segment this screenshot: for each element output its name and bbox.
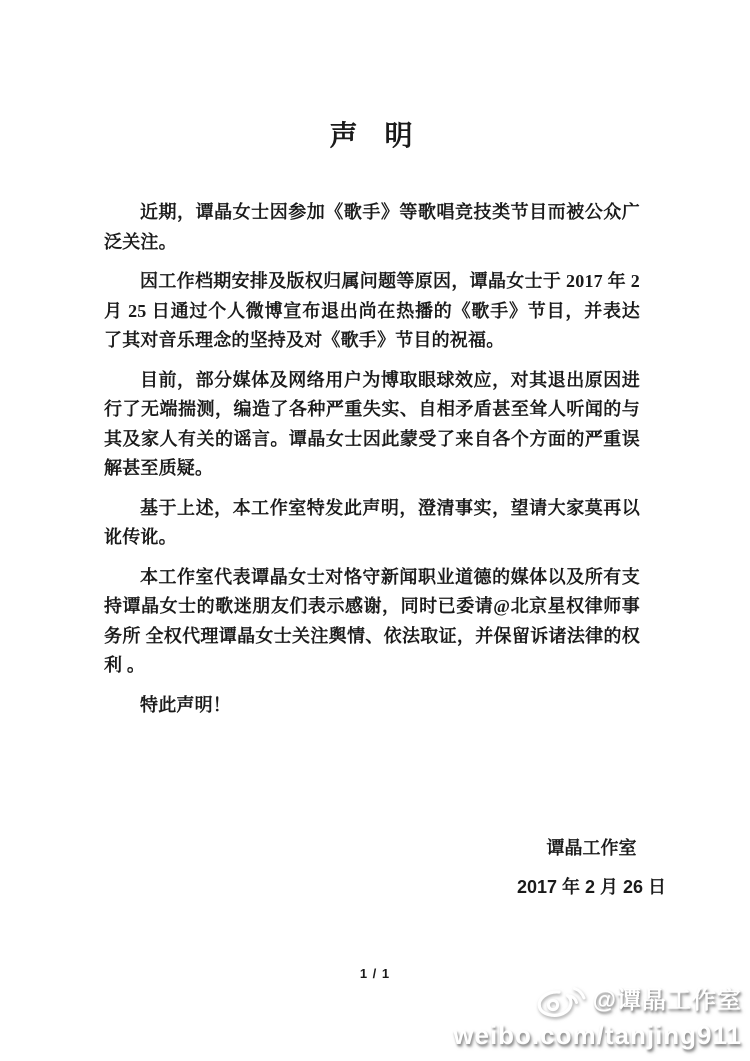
watermark-row: @谭晶工作室 <box>453 983 742 1019</box>
signature-name: 谭晶工作室 <box>484 834 699 864</box>
document-body: 声 明 近期，谭晶女士因参加《歌手》等歌唱竞技类节目而被公众广泛关注。 因工作档… <box>0 0 750 902</box>
paragraph-3: 目前，部分媒体及网络用户为博取眼球效应，对其退出原因进行了无端揣测，编造了各种严… <box>104 366 640 484</box>
watermark-url: weibo.com/tanjing911 <box>453 1020 742 1050</box>
paragraph-5: 本工作室代表谭晶女士对恪守新闻职业道德的媒体以及所有支持谭晶女士的歌迷朋友们表示… <box>104 563 640 681</box>
watermark-account-handle: @谭晶工作室 <box>593 986 742 1016</box>
paragraph-4: 基于上述，本工作室特发此声明，澄清事实，望请大家莫再以讹传讹。 <box>104 494 640 553</box>
page-number: 1 / 1 <box>0 966 750 981</box>
weibo-watermark: @谭晶工作室 weibo.com/tanjing911 <box>453 983 742 1050</box>
closing-statement: 特此声明！ <box>104 691 640 721</box>
paragraph-2: 因工作档期安排及版权归属问题等原因，谭晶女士于 2017 年 2 月 25 日通… <box>104 267 640 356</box>
weibo-eye-icon <box>533 983 587 1019</box>
document-title: 声 明 <box>104 118 640 156</box>
document-page: 声 明 近期，谭晶女士因参加《歌手》等歌唱竞技类节目而被公众广泛关注。 因工作档… <box>0 0 750 1061</box>
paragraph-1: 近期，谭晶女士因参加《歌手》等歌唱竞技类节目而被公众广泛关注。 <box>104 198 640 257</box>
signature-date: 2017 年 2 月 26 日 <box>484 873 699 903</box>
signature-block: 谭晶工作室 2017 年 2 月 26 日 <box>484 834 699 902</box>
